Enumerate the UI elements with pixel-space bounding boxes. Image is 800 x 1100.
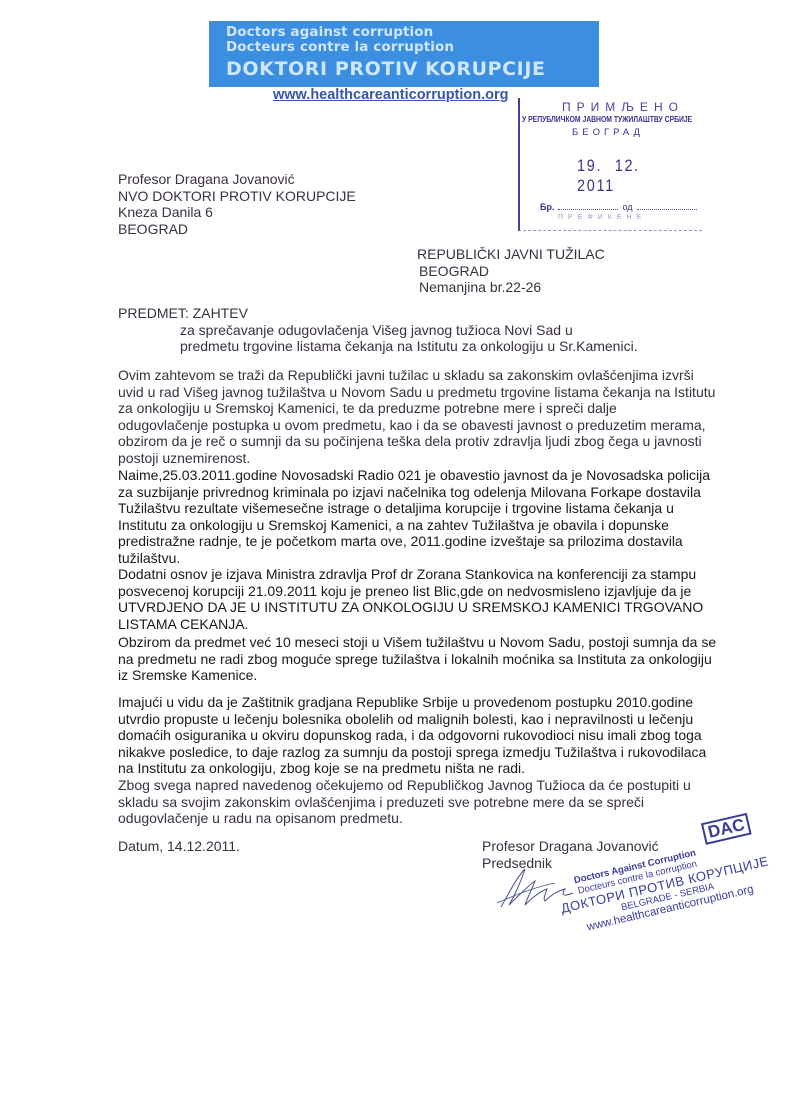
recipient-name: REPUBLIČKI JAVNI TUŽILAC bbox=[417, 246, 605, 263]
stamp-office: У РЕПУБЛИЧКОМ ЈАВНОМ ТУЖИЛАШТВУ СРБИЈЕ bbox=[522, 115, 692, 124]
body-paragraph-2: Naime,25.03.2011.godine Novosadski Radio… bbox=[118, 467, 718, 567]
stamp-from-blank bbox=[637, 209, 697, 210]
subject-line-1: za sprečavanje odugovlačenja Višeg javno… bbox=[118, 322, 638, 339]
recipient-street: Nemanjina br.22-26 bbox=[417, 279, 605, 296]
letterhead-website-link[interactable]: www.healthcareanticorruption.org bbox=[273, 87, 509, 103]
body-paragraph-3: Dodatni osnov je izjava Ministra zdravlj… bbox=[118, 566, 718, 632]
subject-line-2: predmetu trgovine listama čekanja na Ist… bbox=[118, 338, 638, 355]
sender-name: Profesor Dragana Jovanović bbox=[118, 171, 356, 188]
body-paragraph-4: Obzirom da predmet već 10 meseci stoji u… bbox=[118, 634, 718, 684]
stamp-date: 19. 12. 2011 bbox=[577, 156, 683, 196]
stamp-number-blank bbox=[558, 209, 618, 210]
recipient-city: BEOGRAD bbox=[417, 263, 605, 280]
body-paragraph-6: Zbog svega napred navedenog očekujemo od… bbox=[118, 777, 718, 827]
body-paragraph-5: Imajući u vidu da je Zaštitnik gradjana … bbox=[118, 694, 718, 777]
letterhead-english: Doctors against corruption bbox=[226, 25, 599, 40]
sender-street: Kneza Danila 6 bbox=[118, 204, 356, 221]
letterhead-banner: Doctors against corruption Docteurs cont… bbox=[209, 21, 599, 87]
letter-date: Datum, 14.12.2011. bbox=[118, 838, 240, 854]
organization-stamp: DAC Doctors Against Corruption Docteurs … bbox=[546, 812, 785, 969]
letterhead-serbian: DOKTORI PROTIV KORUPCIJE bbox=[226, 57, 599, 81]
stamp-number-row: Бр.од bbox=[540, 202, 701, 212]
recipient-address: REPUBLIČKI JAVNI TUŽILAC BEOGRAD Nemanji… bbox=[417, 246, 605, 296]
sender-address: Profesor Dragana Jovanović NVO DOKTORI P… bbox=[118, 171, 356, 237]
body-paragraph-1: Ovim zahtevom se traži da Republički jav… bbox=[118, 367, 718, 467]
stamp-city: БЕОГРАД bbox=[572, 127, 644, 138]
stamp-number-label: Бр. bbox=[540, 202, 554, 212]
received-stamp: ПРИМЉЕНО У РЕПУБЛИЧКОМ ЈАВНОМ ТУЖИЛАШТВУ… bbox=[518, 98, 702, 231]
sender-city: BEOGRAD bbox=[118, 221, 356, 238]
stamp-title: ПРИМЉЕНО bbox=[562, 100, 684, 114]
subject-block: PREDMET: ZAHTEV za sprečavanje odugovlač… bbox=[118, 305, 638, 355]
letterhead-french: Docteurs contre la corruption bbox=[226, 40, 599, 55]
sender-organization: NVO DOKTORI PROTIV KORUPCIJE bbox=[118, 188, 356, 205]
stamp-faded-text: ПРЕФИКЕНЕ bbox=[558, 214, 646, 221]
subject-label: PREDMET: ZAHTEV bbox=[118, 305, 638, 322]
stamp-from-label: од bbox=[622, 202, 632, 212]
